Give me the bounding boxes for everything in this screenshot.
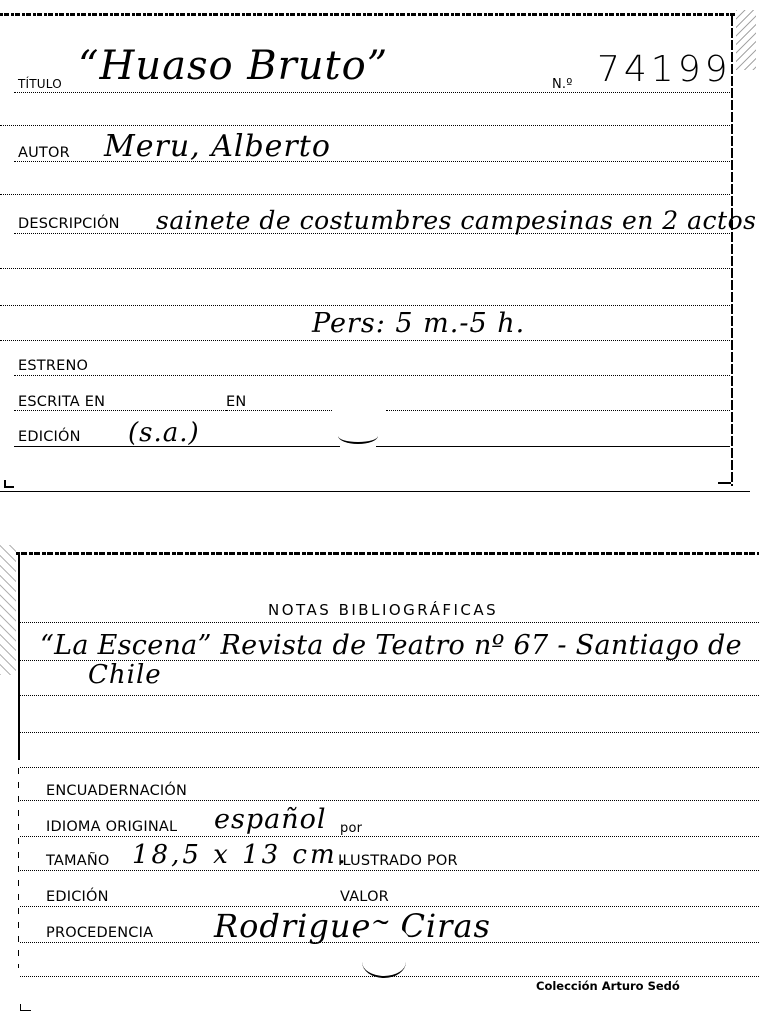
estreno-line: [14, 375, 730, 376]
blank-line-2: [0, 194, 730, 195]
escrita-en-line: [14, 410, 228, 411]
card-top-edge: [16, 552, 759, 555]
procedencia-label: PROCEDENCIA: [46, 926, 153, 941]
notas-line-4: [20, 732, 759, 733]
descripcion-value: sainete de costumbres campesinas en 2 ac…: [156, 208, 756, 233]
personajes-line: [0, 340, 730, 341]
tamano-line: [20, 870, 759, 871]
descripcion-line: [14, 233, 730, 234]
blank-line-final: [20, 976, 759, 977]
card-left-edge-dashed: [18, 768, 19, 968]
autor-label: AUTOR: [18, 146, 70, 161]
edicion-label: EDICIÓN: [18, 430, 81, 445]
card-corner-bottom-left: [20, 1004, 31, 1011]
notas-line-5: [20, 767, 759, 768]
estreno-label: ESTRENO: [18, 359, 88, 374]
card-corner-bottom-left: [4, 480, 14, 488]
scan-smudge: [338, 428, 378, 444]
idioma-original-line: [20, 836, 759, 837]
escrita-en-label: ESCRITA EN: [18, 395, 105, 410]
titulo-value: “Huaso Bruto”: [78, 46, 388, 86]
valor-label: VALOR: [340, 890, 389, 905]
personajes-value: Pers: 5 m.-5 h.: [312, 310, 525, 337]
escrita-en-lugar-line-b: [386, 410, 730, 411]
numero-label: N.º: [552, 78, 573, 91]
edicion-value: (s.a.): [128, 420, 200, 446]
idioma-por-label: por: [340, 822, 362, 835]
blank-line-3: [0, 268, 730, 269]
edicion-label: EDICIÓN: [46, 890, 109, 905]
catalog-card-bottom: NOTAS BIBLIOGRÁFICAS “La Escena” Revista…: [0, 540, 759, 1028]
ilustrado-por-label: ILUSTRADO POR: [338, 854, 458, 869]
titulo-label: TÍTULO: [18, 78, 62, 90]
procedencia-line: [20, 942, 759, 943]
card-top-edge: [0, 13, 735, 16]
notas-text-line-2: Chile: [88, 662, 162, 688]
edicion-line-b: [376, 446, 730, 447]
notas-text-line-1: “La Escena” Revista de Teatro nº 67 - Sa…: [40, 632, 742, 659]
notas-heading: NOTAS BIBLIOGRÁFICAS: [268, 601, 498, 619]
tamano-label: TAMAÑO: [46, 854, 110, 869]
escrita-en-lugar-label: EN: [226, 395, 246, 410]
tamano-value: 18,5 x 13 cm.: [132, 842, 349, 868]
card-left-edge: [18, 552, 20, 760]
scan-smudge: [362, 946, 406, 978]
notas-line-3: [20, 695, 759, 696]
edicion-line-a: [14, 446, 340, 447]
escrita-en-lugar-line-a: [226, 410, 332, 411]
autor-line: [14, 161, 730, 162]
idioma-original-label: IDIOMA ORIGINAL: [46, 820, 177, 835]
card-divider: [0, 491, 750, 492]
idioma-original-value: español: [214, 806, 327, 833]
procedencia-value: Rodriguez Ciras: [214, 910, 491, 942]
catalog-card-top: TÍTULO “Huaso Bruto” N.º 74199 AUTOR Mer…: [0, 0, 759, 495]
encuadernacion-line: [20, 800, 759, 801]
scan-noise: [736, 10, 756, 70]
blank-line-4: [0, 305, 730, 306]
numero-value: 74199: [597, 52, 732, 88]
collection-stamp: Colección Arturo Sedó: [536, 979, 680, 993]
encuadernacion-label: ENCUADERNACIÓN: [46, 784, 187, 799]
notas-line-1: [20, 622, 759, 623]
autor-value: Meru, Alberto: [104, 132, 331, 162]
titulo-line: [14, 92, 730, 93]
descripcion-label: DESCRIPCIÓN: [18, 217, 120, 232]
blank-line-1: [0, 125, 730, 126]
card-corner-bottom-right: [718, 482, 731, 484]
scan-noise: [0, 545, 16, 675]
